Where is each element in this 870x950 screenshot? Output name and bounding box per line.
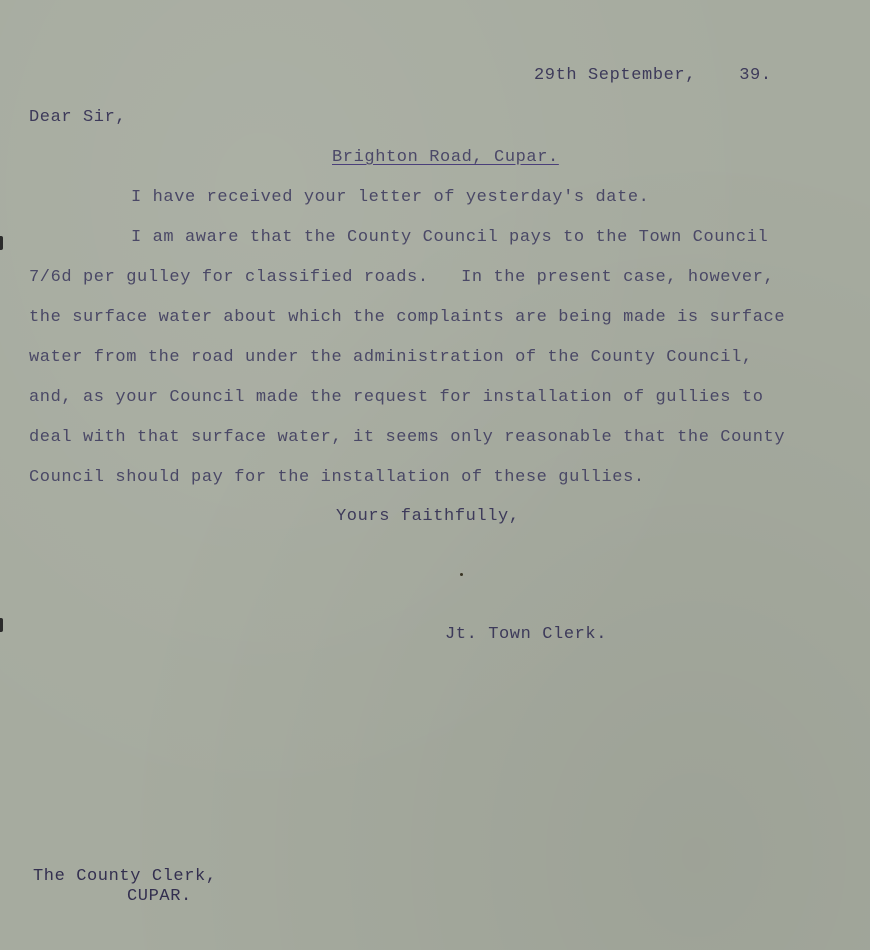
signature-title: Jt. Town Clerk. <box>445 625 607 645</box>
paragraph-1: I have received your letter of yesterday… <box>131 188 649 208</box>
punch-hole-mark <box>0 618 3 632</box>
addressee-name: The County Clerk, <box>33 867 217 887</box>
paragraph-2-line-2: 7/6d per gulley for classified roads. In… <box>29 268 774 288</box>
paragraph-2-line-1: I am aware that the County Council pays … <box>131 228 768 248</box>
salutation: Dear Sir, <box>29 108 126 128</box>
punch-hole-mark <box>0 236 3 250</box>
subject-line: Brighton Road, Cupar. <box>332 148 559 168</box>
addressee-town: CUPAR. <box>127 887 192 907</box>
letter-date: 29th September, 39. <box>534 66 772 86</box>
paper-speck <box>460 573 463 576</box>
closing: Yours faithfully, <box>336 507 520 527</box>
paragraph-2-line-6: deal with that surface water, it seems o… <box>29 428 785 448</box>
letter-page: 29th September, 39. Dear Sir, Brighton R… <box>0 0 870 950</box>
paragraph-2-line-4: water from the road under the administra… <box>29 348 753 368</box>
paragraph-2-line-5: and, as your Council made the request fo… <box>29 388 764 408</box>
paragraph-2-line-7: Council should pay for the installation … <box>29 468 645 488</box>
paragraph-2-line-3: the surface water about which the compla… <box>29 308 785 328</box>
